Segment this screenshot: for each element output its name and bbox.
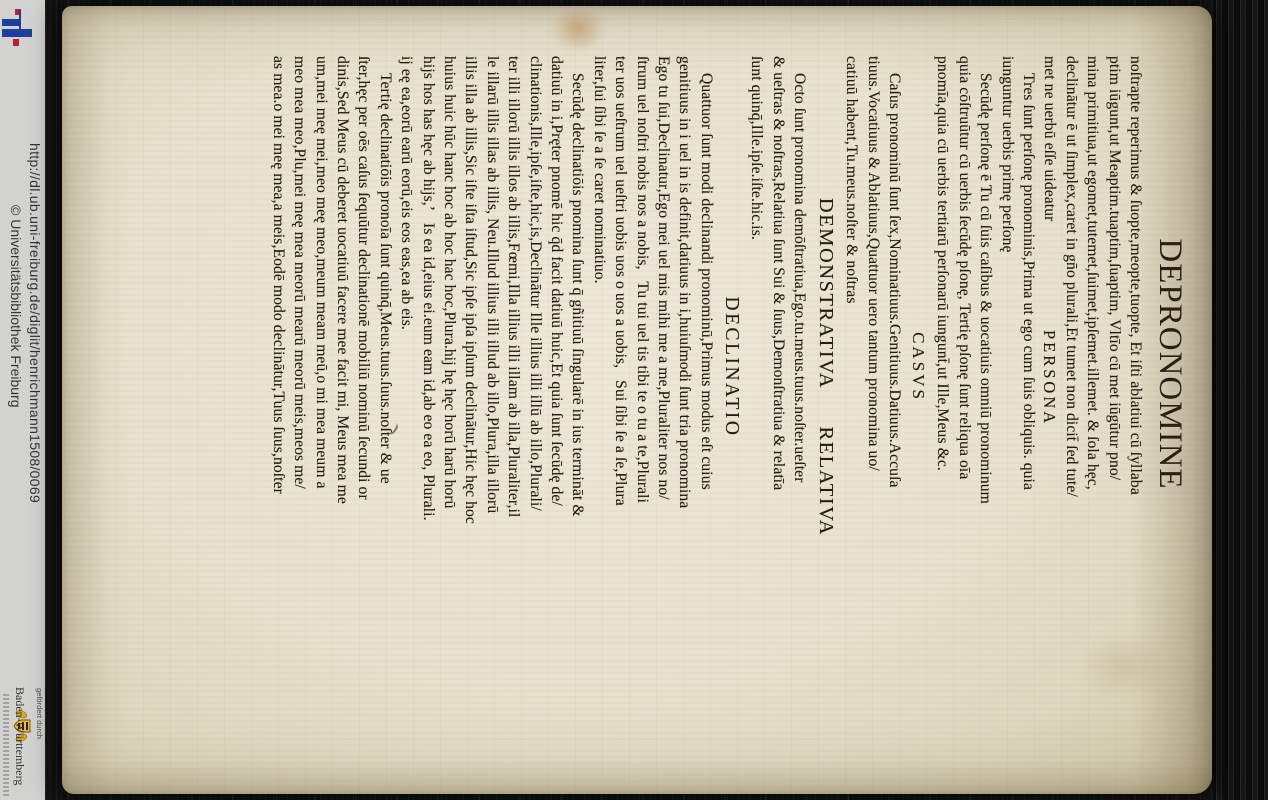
text-line: meo mea meo,Plu,mei meę mea meorū mearū …: [289, 56, 310, 678]
text-line: ter uos ueſtrum uel ueſtri uobis uos o u…: [610, 56, 631, 678]
text-line: ij eę ea,eorū earū eorū,eis eos eas,ea a…: [396, 56, 417, 678]
digitized-book-viewer: http://dl.ub.uni-freiburg.de/diglit/henr…: [0, 0, 1268, 800]
text-line: Secūdę perſonę ē Tu cū ſuis caſibus & uo…: [975, 56, 996, 678]
text-line: declinātur ē ut ſimplex,caret in gn̄o pl…: [1060, 56, 1081, 678]
copyright-notice: © Universitätsbibliothek Freiburg: [8, 205, 24, 408]
text-line: illis illa ab illis,Sic iſte iſta iſtud,…: [460, 56, 481, 678]
source-url: http://dl.ub.uni-freiburg.de/diglit/henr…: [27, 143, 43, 503]
text-line: le illarū illis illas ab illis, Neu.Illu…: [481, 56, 502, 678]
library-frame-sidebar: http://dl.ub.uni-freiburg.de/diglit/henr…: [0, 0, 45, 800]
text-line: Tres ſunt perſonę pronominis,Prima ut eg…: [1018, 56, 1039, 678]
text-line: Tertię declinatiōis pronoīa ſunt quinq̄,…: [375, 56, 396, 678]
text-line: Secūdę declinatiōis pnomina ſunt q̄ gñit…: [567, 56, 588, 678]
text-line: & ueſtras & noſtras,Relatiua ſunt Sui & …: [767, 56, 788, 678]
logo-blue-bar-short: [2, 19, 21, 26]
text-line: met ne uerbū eſſe uideaturPERSONA: [1039, 56, 1060, 678]
funding-region: Baden-Württemberg: [12, 687, 27, 785]
logo-blue-bar-long: [2, 29, 32, 37]
text-line: ter illi illorū illis illos ab illis,Fœm…: [503, 56, 524, 678]
text-line: datiuū in i,Pręter pnomē hic q̄d facit d…: [546, 56, 567, 678]
funding-label: gefördert durch: [35, 688, 44, 739]
text-line: genitiuus in i uel in is definit,datiuus…: [674, 56, 695, 678]
scanned-book-page: DEPRONOMINE noſtrapte reperimus & ſuopte…: [62, 6, 1212, 794]
ministry-fineprint: [3, 692, 9, 796]
text-line: dinis,Sed Meus cū deberet uocatiuū facer…: [332, 56, 353, 678]
text-line: ſter,hęc per oēs caſus ſequūtur declinat…: [353, 56, 374, 678]
text-line: ptim iūgunt,ut Meaptim.tuaptim,ſuaptim, …: [1103, 56, 1124, 678]
logo-red-square-bottom: [13, 39, 19, 46]
text-line: Caſus pronominū ſunt ſex,Nominatiuus.Gen…: [884, 56, 905, 678]
text-line: catiuū habent,Tu.meus.noſter & noſtras: [841, 56, 862, 678]
text-line: Quattuor ſunt modi declinandi pronominū,…: [695, 56, 716, 678]
text-line: ſtrum uel noſtri nobis nos a nobis, Tu t…: [631, 56, 652, 678]
text-line: pnomīa,quia cū uerbis tertiarū perſonarū…: [932, 56, 953, 678]
inline-section-heading: PERSONA: [1039, 330, 1060, 426]
text-line: iunguntur uerbis primę perſonę: [996, 56, 1017, 678]
text-line: ſunt quinq̄,Ille.ipſe.iſte.hic.is.: [746, 56, 767, 678]
text-line: um,mei meę mei,meo meę meo,meum meam meū…: [310, 56, 331, 678]
page-title: DEPRONOMINE: [1148, 56, 1192, 672]
text-block: noſtrapte reperimus & ſuopte,meopte,tuop…: [268, 56, 1146, 678]
ub-freiburg-logo: [0, 0, 45, 60]
text-line: mina primitiua,ut egomet,tutemet,ſuimet,…: [1082, 56, 1103, 678]
book-cradle-texture: [1214, 0, 1268, 800]
text-line: huius huic hūc hanc hoc ab hoc hac hoc,P…: [439, 56, 460, 678]
text-line: tiuus.Vocatiuus & Ablatiuus,Quattuor uer…: [862, 56, 883, 678]
section-heading: DEMONSTRATIVA RELATIVA: [810, 56, 841, 678]
text-line: Octo ſunt pronomina demōſtratiua,Ego.tu.…: [789, 56, 810, 678]
text-line: clinationis,Ille,ipſe,iſte,hic,is,Declin…: [524, 56, 545, 678]
text-line: quia cōſtruūtur cū uerbis ſecūdę pſonę, …: [953, 56, 974, 678]
section-heading: CASVS: [905, 56, 932, 678]
text-line: as mea.o mei meę mea,a meis,Eodē modo de…: [268, 56, 289, 678]
text-line: noſtrapte reperimus & ſuopte,meopte,tuop…: [1125, 56, 1146, 678]
text-line: Ego tu ſui,Declinatur,Ego mei uel mis mi…: [653, 56, 674, 678]
text-line: hijs hos has hęc ab hijs,ʼ Is ea id,eius…: [417, 56, 438, 678]
text-line: liter,ſui ſibi ſe a ſe caret nominatiuo.: [588, 56, 609, 678]
section-heading: DECLINATIO: [717, 56, 746, 678]
page-content-rotated: DEPRONOMINE noſtrapte reperimus & ſuopte…: [62, 6, 1212, 794]
